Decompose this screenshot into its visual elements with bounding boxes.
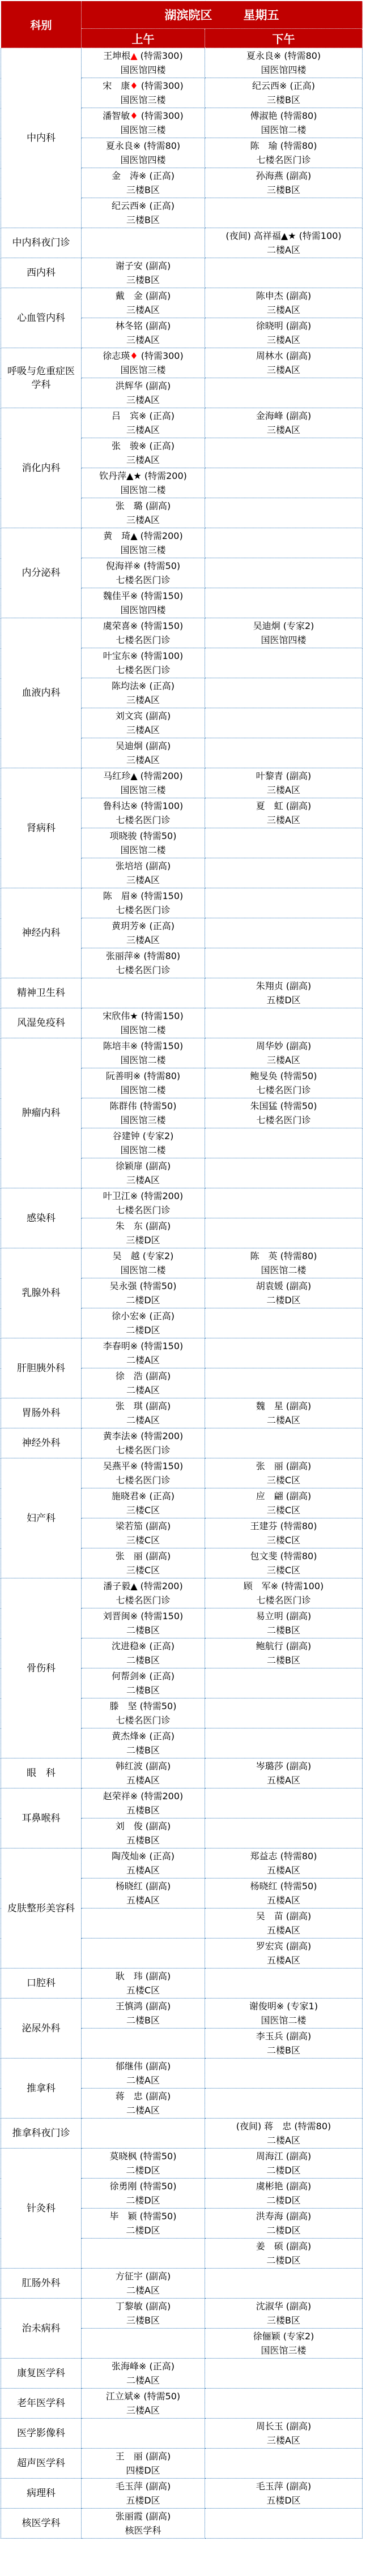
morning-slot: 陈均法※ (正高)三楼A区 <box>82 678 205 708</box>
afternoon-slot <box>205 1668 363 1698</box>
red-symbol: ♦ <box>130 80 138 91</box>
afternoon-slot: 顾 军※ (特需100)七楼名医门诊 <box>205 1578 363 1608</box>
doctor-name-fee: 王建芬 (特需80) <box>205 1519 362 1533</box>
clinic-location: 三楼A区 <box>205 423 362 437</box>
doctor-name-fee: 吴 苗 (副高) <box>205 1909 362 1923</box>
clinic-location: 三楼A区 <box>205 2433 362 2447</box>
morning-slot: 陶茂灿※ (正高)五楼A区 <box>82 1848 205 1878</box>
doctor-name-fee: 施晓君※ (正高) <box>82 1489 205 1503</box>
schedule-row: 肛肠外科方征宇 (副高)二楼A区 <box>1 2269 363 2299</box>
department-name: 精神卫生科 <box>1 978 82 1008</box>
doctor-name-fee: 宋欣伟★ (特需150) <box>82 1009 205 1023</box>
doctor-name-fee: 江立斌※ (特需50) <box>82 2389 205 2403</box>
clinic-location: 三楼B区 <box>205 93 362 107</box>
doctor-name-fee: 朱 东 (副高) <box>82 1219 205 1233</box>
department-name: 胃肠外科 <box>1 1398 82 1428</box>
clinic-location: 五楼A区 <box>205 1863 362 1877</box>
doctor-name-fee: 谢子安 (副高) <box>82 259 205 273</box>
department-name: 眼 科 <box>1 1758 82 1788</box>
afternoon-slot <box>205 2089 363 2119</box>
doctor-name-fee: 周林水 (副高) <box>205 349 362 363</box>
afternoon-slot: 虞彬艳 (副高)二楼D区 <box>205 2179 363 2209</box>
morning-slot: 戴 金 (副高)三楼A区 <box>82 288 205 318</box>
afternoon-slot <box>205 498 363 528</box>
department-name: 肿瘤内科 <box>1 1038 82 1188</box>
afternoon-slot: 张 丽 (副高)三楼C区 <box>205 1458 363 1488</box>
afternoon-slot: 纪云西※ (正高)三楼B区 <box>205 78 363 108</box>
clinic-location: 国医馆三楼 <box>82 783 205 797</box>
clinic-location: 七楼名医门诊 <box>82 663 205 677</box>
doctor-name-fee: 刘晋闽※ (特需150) <box>82 1609 205 1623</box>
doctor-name-fee: 吴燕平※ (特需150) <box>82 1459 205 1473</box>
doctor-name-fee: 陶茂灿※ (正高) <box>82 1849 205 1863</box>
clinic-location: 国医馆四楼 <box>82 603 205 617</box>
schedule-row: 乳腺外科吴 越 (专家2)国医馆二楼陈 英 (特需80)国医馆二楼 <box>1 1248 363 1278</box>
department-name: 神经外科 <box>1 1428 82 1458</box>
schedule-row: 老年医学科江立斌※ (特需50)三楼A区 <box>1 2389 363 2419</box>
doctor-name-fee: 虞荣喜※ (特需150) <box>82 619 205 633</box>
afternoon-slot <box>205 1308 363 1338</box>
clinic-location: 七楼名医门诊 <box>82 963 205 977</box>
afternoon-slot <box>205 2269 363 2299</box>
department-name: 骨伤科 <box>1 1578 82 1758</box>
clinic-location: 二楼B区 <box>82 2013 205 2027</box>
doctor-name-fee: 张 琪 (副高) <box>82 1399 205 1413</box>
afternoon-slot: (夜间) 蒋 忠 (特需80)二楼A区 <box>205 2119 363 2149</box>
clinic-location: 五楼A区 <box>205 1923 362 1937</box>
department-name: 西内科 <box>1 258 82 288</box>
morning-slot: 陈群伟 (特需50)国医馆三楼 <box>82 1098 205 1128</box>
schedule-row: 心血管内科戴 金 (副高)三楼A区陈申杰 (副高)三楼A区 <box>1 288 363 318</box>
clinic-location: 国医馆四楼 <box>205 63 362 77</box>
schedule-row: 中内科王坤根▲ (特需300)国医馆四楼夏永良※ (特需80)国医馆四楼 <box>1 48 363 78</box>
doctor-name-fee: 叶宝东※ (特需100) <box>82 649 205 663</box>
afternoon-slot: 应 翩 (副高)三楼C区 <box>205 1488 363 1518</box>
clinic-location: 二楼D区 <box>82 1323 205 1337</box>
red-symbol: ▲ <box>130 50 137 61</box>
department-name: 消化内科 <box>1 408 82 528</box>
clinic-location: 五楼A区 <box>82 1773 205 1787</box>
department-name: 口腔科 <box>1 1969 82 1999</box>
afternoon-slot <box>205 1818 363 1848</box>
doctor-name-fee: 韩红波 (副高) <box>82 1759 205 1773</box>
afternoon-slot <box>205 468 363 498</box>
doctor-name-fee: 毛玉萍 (副高) <box>205 2479 362 2493</box>
clinic-location: 二楼A区 <box>82 2103 205 2117</box>
clinic-location: 二楼D区 <box>82 2163 205 2177</box>
afternoon-slot <box>205 438 363 468</box>
schedule-row: 呼吸与危重症医学科徐志瑛♦ (特需300)国医馆三楼周林水 (副高)三楼A区 <box>1 348 363 378</box>
morning-slot: 何帮剑※ (正高)二楼B区 <box>82 1668 205 1698</box>
doctor-name-fee: 陈 瑜 (特需80) <box>205 139 362 153</box>
doctor-name-fee: 陈均法※ (正高) <box>82 679 205 693</box>
schedule-row: 超声医学科王 丽 (副高)四楼D区 <box>1 2449 363 2479</box>
department-name: 超声医学科 <box>1 2449 82 2479</box>
afternoon-slot: 孙海燕 (副高)三楼B区 <box>205 168 363 198</box>
clinic-location: 三楼A区 <box>82 303 205 317</box>
doctor-name-fee: 谢俊明※ (专家1) <box>205 1999 362 2013</box>
table-header: 科别 湖滨院区 星期五 上午 下午 <box>1 1 363 48</box>
morning-slot: 张 璐 (副高)三楼A区 <box>82 498 205 528</box>
morning-slot: 阮善明※ (特需80)国医馆二楼 <box>82 1068 205 1098</box>
doctor-name-fee: 谷建钟 (专家2) <box>82 1129 205 1143</box>
morning-slot: 沈进稳※ (正高)二楼B区 <box>82 1638 205 1668</box>
clinic-location: 三楼B区 <box>205 2313 362 2327</box>
department-name: 呼吸与危重症医学科 <box>1 348 82 408</box>
schedule-row: 妇产科吴燕平※ (特需150)七楼名医门诊张 丽 (副高)三楼C区 <box>1 1458 363 1488</box>
department-name: 皮肤整形美容科 <box>1 1848 82 1969</box>
afternoon-slot: 毛玉萍 (副高)五楼D区 <box>205 2479 363 2509</box>
morning-slot: 吴迪炯 (副高)三楼A区 <box>82 738 205 768</box>
clinic-location: 三楼C区 <box>205 1473 362 1487</box>
morning-slot: 叶宝东※ (特需100)七楼名医门诊 <box>82 648 205 678</box>
morning-slot: 陈 眉※ (特需150)七楼名医门诊 <box>82 888 205 918</box>
doctor-name-fee: 罗宏宾 (副高) <box>205 1939 362 1953</box>
clinic-location: 七楼名医门诊 <box>82 573 205 587</box>
department-name: 推拿科夜门诊 <box>1 2119 82 2149</box>
doctor-name-fee: 易立明 (副高) <box>205 1609 362 1623</box>
afternoon-slot: 易立明 (副高)二楼B区 <box>205 1608 363 1638</box>
afternoon-slot <box>205 2059 363 2089</box>
afternoon-slot: 夏永良※ (特需80)国医馆四楼 <box>205 48 363 78</box>
morning-slot: 朱 东 (副高)三楼D区 <box>82 1218 205 1248</box>
clinic-location: 国医馆二楼 <box>82 1053 205 1067</box>
morning-slot: 施晓君※ (正高)三楼C区 <box>82 1488 205 1518</box>
doctor-name-fee: 陈 英 (特需80) <box>205 1249 362 1263</box>
clinic-location: 三楼A区 <box>82 2403 205 2417</box>
doctor-name-fee: 周长玉 (副高) <box>205 2419 362 2433</box>
morning-slot: 王坤根▲ (特需300)国医馆四楼 <box>82 48 205 78</box>
morning-slot <box>82 2119 205 2149</box>
clinic-location: 七楼名医门诊 <box>82 903 205 917</box>
doctor-name-fee: 戴 金 (副高) <box>82 289 205 303</box>
clinic-location: 七楼名医门诊 <box>82 1443 205 1457</box>
clinic-location: 二楼B区 <box>205 1623 362 1637</box>
morning-slot: 赵荣祥※ (特需200)五楼B区 <box>82 1788 205 1818</box>
morning-slot: 张 骏※ (正高)三楼A区 <box>82 438 205 468</box>
department-name: 心血管内科 <box>1 288 82 348</box>
department-name: 中内科夜门诊 <box>1 228 82 258</box>
clinic-location: 四楼D区 <box>82 2463 205 2477</box>
clinic-location: 二楼A区 <box>82 2283 205 2297</box>
afternoon-slot: 吴迪炯 (专家2)国医馆四楼 <box>205 618 363 648</box>
afternoon-slot <box>205 1969 363 1999</box>
doctor-name-fee: 张海峰※ (正高) <box>82 2359 205 2373</box>
morning-slot: 林冬铭 (副高)三楼A区 <box>82 318 205 348</box>
doctor-name-fee: 马红珍▲ (特需200) <box>82 769 205 783</box>
clinic-location: 七楼名医门诊 <box>82 1713 205 1727</box>
afternoon-slot: 杨晓红 (特需50)五楼A区 <box>205 1878 363 1909</box>
doctor-name-fee: 孙海燕 (副高) <box>205 169 362 183</box>
clinic-location: 七楼名医门诊 <box>205 153 362 167</box>
schedule-row: 推拿科夜门诊(夜间) 蒋 忠 (特需80)二楼A区 <box>1 2119 363 2149</box>
schedule-row: 泌尿外科王慎鸿 (副高)二楼B区谢俊明※ (专家1)国医馆二楼 <box>1 1999 363 2029</box>
doctor-name-fee: 吴永强 (特需50) <box>82 1279 205 1293</box>
doctor-name-fee: 李春明※ (特需150) <box>82 1339 205 1353</box>
schedule-row: 精神卫生科朱翔贞 (副高)五楼D区 <box>1 978 363 1008</box>
doctor-name-fee: 林冬铭 (副高) <box>82 319 205 333</box>
afternoon-slot <box>205 858 363 888</box>
clinic-location: 三楼B区 <box>82 183 205 197</box>
clinic-location: 二楼D区 <box>82 2193 205 2207</box>
afternoon-slot: 朱国猛 (特需50)七楼名医门诊 <box>205 1098 363 1128</box>
afternoon-slot <box>205 2449 363 2479</box>
afternoon-slot <box>205 1218 363 1248</box>
afternoon-slot <box>205 1698 363 1728</box>
morning-slot: 杨晓红 (副高)五楼A区 <box>82 1878 205 1909</box>
afternoon-slot <box>205 1788 363 1818</box>
clinic-location: 国医馆三楼 <box>82 543 205 557</box>
department-name: 风湿免疫科 <box>1 1008 82 1038</box>
doctor-name-fee: 何帮剑※ (正高) <box>82 1669 205 1683</box>
doctor-name-fee: 王坤根▲ (特需300) <box>82 49 205 63</box>
clinic-location: 三楼A区 <box>82 753 205 767</box>
doctor-name-fee: 赵荣祥※ (特需200) <box>82 1789 205 1803</box>
morning-slot <box>82 1909 205 1939</box>
schedule-row: 推拿科郁继伟 (副高)二楼A区 <box>1 2059 363 2089</box>
schedule-row: 风湿免疫科宋欣伟★ (特需150)国医馆二楼 <box>1 1008 363 1038</box>
morning-slot: 潘子毅▲ (特需200)七楼名医门诊 <box>82 1578 205 1608</box>
morning-slot: 滕 坚 (特需50)七楼名医门诊 <box>82 1698 205 1728</box>
afternoon-slot: 罗宏宾 (副高)五楼A区 <box>205 1939 363 1969</box>
clinic-location: 国医馆四楼 <box>82 63 205 77</box>
clinic-location: 国医馆二楼 <box>205 123 362 137</box>
afternoon-slot: 徐晓明 (副高)三楼A区 <box>205 318 363 348</box>
morning-slot: 郁继伟 (副高)二楼A区 <box>82 2059 205 2089</box>
doctor-name-fee: 吴迪炯 (专家2) <box>205 619 362 633</box>
morning-slot: 王 丽 (副高)四楼D区 <box>82 2449 205 2479</box>
department-name: 肛肠外科 <box>1 2269 82 2299</box>
clinic-location: 二楼A区 <box>205 1413 362 1427</box>
schedule-row: 眼 科韩红波 (副高)五楼A区岑璐莎 (副高)五楼A区 <box>1 1758 363 1788</box>
clinic-location: 国医馆三楼 <box>82 363 205 377</box>
afternoon-slot <box>205 918 363 948</box>
doctor-name-fee: 黄 琦▲ (特需200) <box>82 529 205 543</box>
morning-slot: 蒋 忠 (副高)二楼A区 <box>82 2089 205 2119</box>
morning-slot <box>82 2419 205 2449</box>
afternoon-slot <box>205 1008 363 1038</box>
clinic-location: 国医馆二楼 <box>82 1023 205 1037</box>
afternoon-slot: 沈淑华 (副高)三楼B区 <box>205 2299 363 2329</box>
clinic-location: 二楼B区 <box>82 1623 205 1637</box>
clinic-location: 二楼B区 <box>205 1653 362 1667</box>
clinic-location: 三楼A区 <box>82 513 205 527</box>
morning-slot: 倪海祥※ (特需50)七楼名医门诊 <box>82 558 205 588</box>
schedule-row: 针灸科莫晓枫 (特需50)二楼D区周海江 (副高)二楼D区 <box>1 2149 363 2179</box>
schedule-row: 神经外科黄李法※ (特需200)七楼名医门诊 <box>1 1428 363 1458</box>
afternoon-slot: 姜 硕 (副高)二楼D区 <box>205 2239 363 2269</box>
morning-slot: 黄李法※ (特需200)七楼名医门诊 <box>82 1428 205 1458</box>
clinic-location: 七楼名医门诊 <box>82 1473 205 1487</box>
clinic-location: 五楼D区 <box>205 2493 362 2507</box>
afternoon-slot <box>205 738 363 768</box>
doctor-name-fee: 张 骏※ (正高) <box>82 439 205 453</box>
department-name: 乳腺外科 <box>1 1248 82 1338</box>
morning-slot: 耿 玮 (副高)五楼C区 <box>82 1969 205 1999</box>
clinic-location: 三楼C区 <box>205 1503 362 1517</box>
clinic-location: 五楼B区 <box>82 1803 205 1817</box>
doctor-name-fee: 张 璐 (副高) <box>82 499 205 513</box>
clinic-location: 国医馆二楼 <box>205 1263 362 1277</box>
morning-slot: 刘晋闽※ (特需150)二楼B区 <box>82 1608 205 1638</box>
doctor-name-fee: 洪寿海 (副高) <box>205 2209 362 2223</box>
department-name: 病理科 <box>1 2479 82 2509</box>
doctor-name-fee: 张 丽 (副高) <box>82 1549 205 1563</box>
afternoon-slot: 洪寿海 (副高)二楼D区 <box>205 2209 363 2239</box>
morning-slot: 方征宇 (副高)二楼A区 <box>82 2269 205 2299</box>
afternoon-slot <box>205 828 363 858</box>
afternoon-slot: 岑璐莎 (副高)五楼A区 <box>205 1758 363 1788</box>
morning-slot: 徐 浩 (副高)二楼A区 <box>82 1368 205 1398</box>
morning-slot: 虞荣喜※ (特需150)七楼名医门诊 <box>82 618 205 648</box>
clinic-location: 国医馆二楼 <box>82 1263 205 1277</box>
clinic-location: 国医馆三楼 <box>82 93 205 107</box>
clinic-location: 三楼A区 <box>82 423 205 437</box>
clinic-location: 三楼C区 <box>82 1533 205 1547</box>
morning-slot: 纪云西※ (正高)三楼B区 <box>82 198 205 228</box>
clinic-location: 国医馆四楼 <box>205 633 362 647</box>
schedule-row: 耳鼻喉科赵荣祥※ (特需200)五楼B区 <box>1 1788 363 1818</box>
doctor-name-fee: (夜间) 蒋 忠 (特需80) <box>205 2119 362 2133</box>
doctor-name-fee: 张培培 (副高) <box>82 859 205 873</box>
morning-slot: 叶卫江※ (特需200)七楼名医门诊 <box>82 1188 205 1218</box>
doctor-name-fee: 黄李法※ (特需200) <box>82 1429 205 1443</box>
doctor-name-fee: 黄玥芳※ (正高) <box>82 919 205 933</box>
afternoon-slot: 周海江 (副高)二楼D区 <box>205 2149 363 2179</box>
afternoon-slot: 叶黎青 (副高)三楼A区 <box>205 768 363 798</box>
morning-slot: 韩红波 (副高)五楼A区 <box>82 1758 205 1788</box>
afternoon-slot: 吴 苗 (副高)五楼A区 <box>205 1909 363 1939</box>
doctor-name-fee: 刘 俊 (副高) <box>82 1819 205 1833</box>
doctor-name-fee: 沈淑华 (副高) <box>205 2299 362 2313</box>
clinic-location: 二楼D区 <box>82 2223 205 2237</box>
doctor-name-fee: 叶卫江※ (特需200) <box>82 1189 205 1203</box>
department-name: 针灸科 <box>1 2149 82 2269</box>
clinic-location: 三楼A区 <box>82 1173 205 1187</box>
clinic-location: 七楼名医门诊 <box>205 1113 362 1127</box>
doctor-name-fee: 阮善明※ (特需80) <box>82 1069 205 1083</box>
afternoon-slot <box>205 588 363 618</box>
clinic-location: 三楼C区 <box>205 1533 362 1547</box>
clinic-location: 三楼A区 <box>82 873 205 887</box>
morning-slot: 丁黎敏 (副高)三楼B区 <box>82 2299 205 2329</box>
morning-slot: 王慎鸿 (副高)二楼B区 <box>82 1999 205 2029</box>
morning-slot: 梁若笳 (副高)三楼C区 <box>82 1518 205 1548</box>
morning-slot: 黄杰烽※ (正高)二楼B区 <box>82 1728 205 1758</box>
morning-slot: 张 丽 (副高)三楼C区 <box>82 1548 205 1578</box>
clinic-location: 三楼A区 <box>205 303 362 317</box>
schedule-row: 皮肤整形美容科陶茂灿※ (正高)五楼A区郑益志 (特需80)五楼A区 <box>1 1848 363 1878</box>
afternoon-slot: 包文斐 (特需80)三楼C区 <box>205 1548 363 1578</box>
schedule-row: 感染科叶卫江※ (特需200)七楼名医门诊 <box>1 1188 363 1218</box>
clinic-location: 三楼B区 <box>82 273 205 287</box>
doctor-name-fee: 郑益志 (特需80) <box>205 1849 362 1863</box>
clinic-location: 二楼A区 <box>82 1383 205 1397</box>
clinic-location: 七楼名医门诊 <box>82 633 205 647</box>
clinic-location: 国医馆二楼 <box>205 2013 362 2027</box>
clinic-location: 二楼D区 <box>205 2193 362 2207</box>
clinic-location: 二楼B区 <box>205 2043 362 2057</box>
doctor-name-fee: 梁若笳 (副高) <box>82 1519 205 1533</box>
doctor-name-fee: 陈群伟 (特需50) <box>82 1099 205 1113</box>
clinic-location: 三楼C区 <box>205 1563 362 1577</box>
morning-slot: 吴燕平※ (特需150)七楼名医门诊 <box>82 1458 205 1488</box>
clinic-location: 三楼A区 <box>205 783 362 797</box>
clinic-location: 二楼A区 <box>205 243 362 257</box>
afternoon-slot <box>205 2389 363 2419</box>
schedule-row: 中内科夜门诊(夜间) 高祥福▲★ (特需100)二楼A区 <box>1 228 363 258</box>
header-campus-day: 湖滨院区 星期五 <box>82 1 363 29</box>
clinic-location: 国医馆四楼 <box>82 153 205 167</box>
doctor-name-fee: 周华妙 (副高) <box>205 1039 362 1053</box>
doctor-name-fee: 毛玉萍 (副高) <box>82 2479 205 2493</box>
department-name: 医学影像科 <box>1 2419 82 2449</box>
department-name: 老年医学科 <box>1 2389 82 2419</box>
morning-slot <box>82 2029 205 2059</box>
morning-slot: 刘文宾 (副高)三楼A区 <box>82 708 205 738</box>
schedule-row: 康复医学科张海峰※ (正高)二楼A区 <box>1 2359 363 2389</box>
afternoon-slot: 周华妙 (副高)三楼A区 <box>205 1038 363 1068</box>
department-name: 核医学科 <box>1 2509 82 2539</box>
afternoon-slot: 李玉兵 (副高)二楼B区 <box>205 2029 363 2059</box>
clinic-location: 五楼C区 <box>82 1983 205 1997</box>
morning-slot: 徐小宏※ (正高)二楼D区 <box>82 1308 205 1338</box>
doctor-name-fee: 岑璐莎 (副高) <box>205 1759 362 1773</box>
morning-slot: 陈培丰※ (特需150)国医馆二楼 <box>82 1038 205 1068</box>
schedule-row: 治未病科丁黎敏 (副高)三楼B区沈淑华 (副高)三楼B区 <box>1 2299 363 2329</box>
doctor-name-fee: 陈培丰※ (特需150) <box>82 1039 205 1053</box>
doctor-name-fee: (夜间) 高祥福▲★ (特需100) <box>205 229 362 243</box>
schedule-row: 病理科毛玉萍 (副高)五楼D区毛玉萍 (副高)五楼D区 <box>1 2479 363 2509</box>
afternoon-slot <box>205 1368 363 1398</box>
doctor-name-fee: 夏永良※ (特需80) <box>205 49 362 63</box>
afternoon-slot <box>205 2359 363 2389</box>
schedule-row: 胃肠外科张 琪 (副高)二楼A区魏 星 (副高)二楼A区 <box>1 1398 363 1428</box>
doctor-name-fee: 金 涛※ (正高) <box>82 169 205 183</box>
department-name: 血液内科 <box>1 618 82 768</box>
clinic-location: 三楼A区 <box>82 333 205 347</box>
clinic-location: 二楼A区 <box>205 2133 362 2147</box>
morning-slot: 金 涛※ (正高)三楼B区 <box>82 168 205 198</box>
schedule-row: 神经内科陈 眉※ (特需150)七楼名医门诊 <box>1 888 363 918</box>
doctor-name-fee: 包文斐 (特需80) <box>205 1549 362 1563</box>
morning-slot: 谢子安 (副高)三楼B区 <box>82 258 205 288</box>
clinic-location: 七楼名医门诊 <box>82 1593 205 1607</box>
morning-slot: 莫晓枫 (特需50)二楼D区 <box>82 2149 205 2179</box>
doctor-name-fee: 胡袁媛 (副高) <box>205 1279 362 1293</box>
morning-slot: 江立斌※ (特需50)三楼A区 <box>82 2389 205 2419</box>
morning-slot: 钦丹萍▲★ (特需200)国医馆二楼 <box>82 468 205 498</box>
clinic-location: 五楼A区 <box>205 1953 362 1967</box>
morning-slot: 张 琪 (副高)二楼A区 <box>82 1398 205 1428</box>
clinic-location: 国医馆二楼 <box>82 483 205 497</box>
clinic-location: 三楼A区 <box>205 813 362 827</box>
department-name: 治未病科 <box>1 2299 82 2359</box>
department-name: 肝胆胰外科 <box>1 1338 82 1398</box>
schedule-body: 中内科王坤根▲ (特需300)国医馆四楼夏永良※ (特需80)国医馆四楼宋 康♦… <box>1 48 363 2539</box>
afternoon-slot <box>205 648 363 678</box>
afternoon-slot: 周林水 (副高)三楼A区 <box>205 348 363 378</box>
morning-slot: 潘智敏♦ (特需300)国医馆三楼 <box>82 108 205 138</box>
clinic-location: 国医馆三楼 <box>82 1113 205 1127</box>
morning-slot: 毕 颖 (特需50)二楼D区 <box>82 2209 205 2239</box>
doctor-name-fee: 潘子毅▲ (特需200) <box>82 1579 205 1593</box>
department-name: 中内科 <box>1 48 82 228</box>
department-name: 妇产科 <box>1 1458 82 1578</box>
schedule-page: 科别 湖滨院区 星期五 上午 下午 中内科王坤根▲ (特需300)国医馆四楼夏永… <box>0 1 366 2539</box>
morning-slot: 谷建钟 (专家2)国医馆二楼 <box>82 1128 205 1158</box>
morning-slot: 徐志瑛♦ (特需300)国医馆三楼 <box>82 348 205 378</box>
